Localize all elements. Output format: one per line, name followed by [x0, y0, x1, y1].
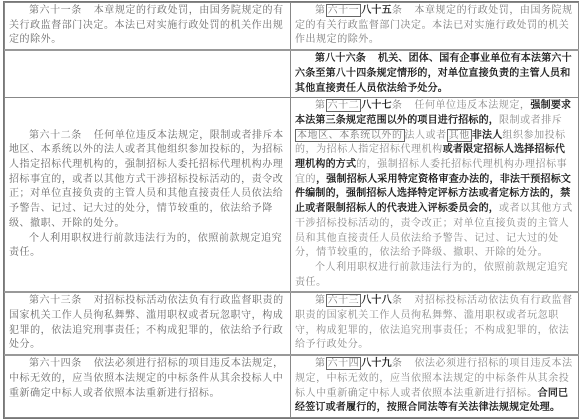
article-prefix: 第 — [315, 5, 326, 16]
new-article-85: 第六十一八十五条本章规定的行政处罚，由国务院规定的有关行政监督部门决定。本法已对… — [291, 3, 579, 51]
old-empty-cell — [5, 50, 291, 98]
new-article-86: 第八十六条机关、团体、国有企事业单位有本法第六十六条至第八十四条规定情形的，对单… — [291, 50, 579, 98]
new-article-87: 第六十二八十七条任何单位违反本法规定，强制要求本法第三条规定范围以外的项目进行招… — [291, 98, 579, 293]
article-number: 第六十一条 — [29, 5, 82, 16]
text-segment: 限制或者排斥 — [499, 115, 562, 126]
table-row: 第八十六条机关、团体、国有企事业单位有本法第六十六条至第八十四条规定情形的，对单… — [5, 50, 579, 98]
article-number: 第六十二条 — [29, 130, 82, 141]
inserted-number: 八十七 — [361, 100, 392, 111]
old-article-61: 第六十一条本章规定的行政处罚，由国务院规定的有关行政监督部门决定。本法已对实施行… — [5, 3, 291, 51]
deleted-text: 本地区、本系统以外的 — [295, 129, 405, 142]
table-row: 第六十一条本章规定的行政处罚，由国务院规定的有关行政监督部门决定。本法已对实施行… — [5, 3, 579, 51]
article-suffix: 条 — [392, 5, 403, 16]
inserted-number: 八十五 — [361, 5, 392, 16]
struck-number: 六十二 — [326, 99, 362, 112]
article-prefix: 第 — [315, 100, 326, 111]
struck-number: 六十一 — [326, 4, 362, 17]
article-text: 任何单位违反本法规定，限制或者排斥本地区、本系统以外的法人或者其他组织参加投标的… — [9, 130, 284, 229]
article-suffix: 条 — [392, 100, 403, 111]
struck-number: 六十三 — [326, 294, 362, 298]
article-paragraph-2: 个人利用职权进行前款违法行为的，依照前款规定追究责任。 — [9, 233, 282, 259]
article-number: 第八十六条 — [315, 53, 366, 64]
old-article-63: 第六十三条对招标投标活动依法负有行政监督职责的国家机关工作人员徇私舞弊、滥用职权… — [5, 292, 291, 298]
new-article-88: 第六十三八十八条对招标投标活动依法负有行政监督职责的国家机关工作人员徇私舞弊、滥… — [291, 292, 579, 298]
added-text: 非法人 — [472, 130, 503, 141]
text-segment: 任何单位违反本法规定， — [414, 100, 530, 111]
article-paragraph-2: 个人利用职权进行前款违法行为的，依照前款规定追究责任。 — [295, 262, 568, 288]
table-row: 第六十二条任何单位违反本法规定，限制或者排斥本地区、本系统以外的法人或者其他组织… — [5, 98, 579, 293]
law-comparison-table: 第六十一条本章规定的行政处罚，由国务院规定的有关行政监督部门决定。本法已对实施行… — [4, 2, 579, 298]
comparison-document: 第六十一条本章规定的行政处罚，由国务院规定的有关行政监督部门决定。本法已对实施行… — [3, 1, 579, 298]
old-article-62: 第六十二条任何单位违反本法规定，限制或者排斥本地区、本系统以外的法人或者其他组织… — [5, 98, 291, 293]
table-row: 第六十三条对招标投标活动依法负有行政监督职责的国家机关工作人员徇私舞弊、滥用职权… — [5, 292, 579, 298]
deleted-text: 其他 — [447, 129, 472, 142]
text-segment: 法人或者 — [405, 130, 447, 141]
